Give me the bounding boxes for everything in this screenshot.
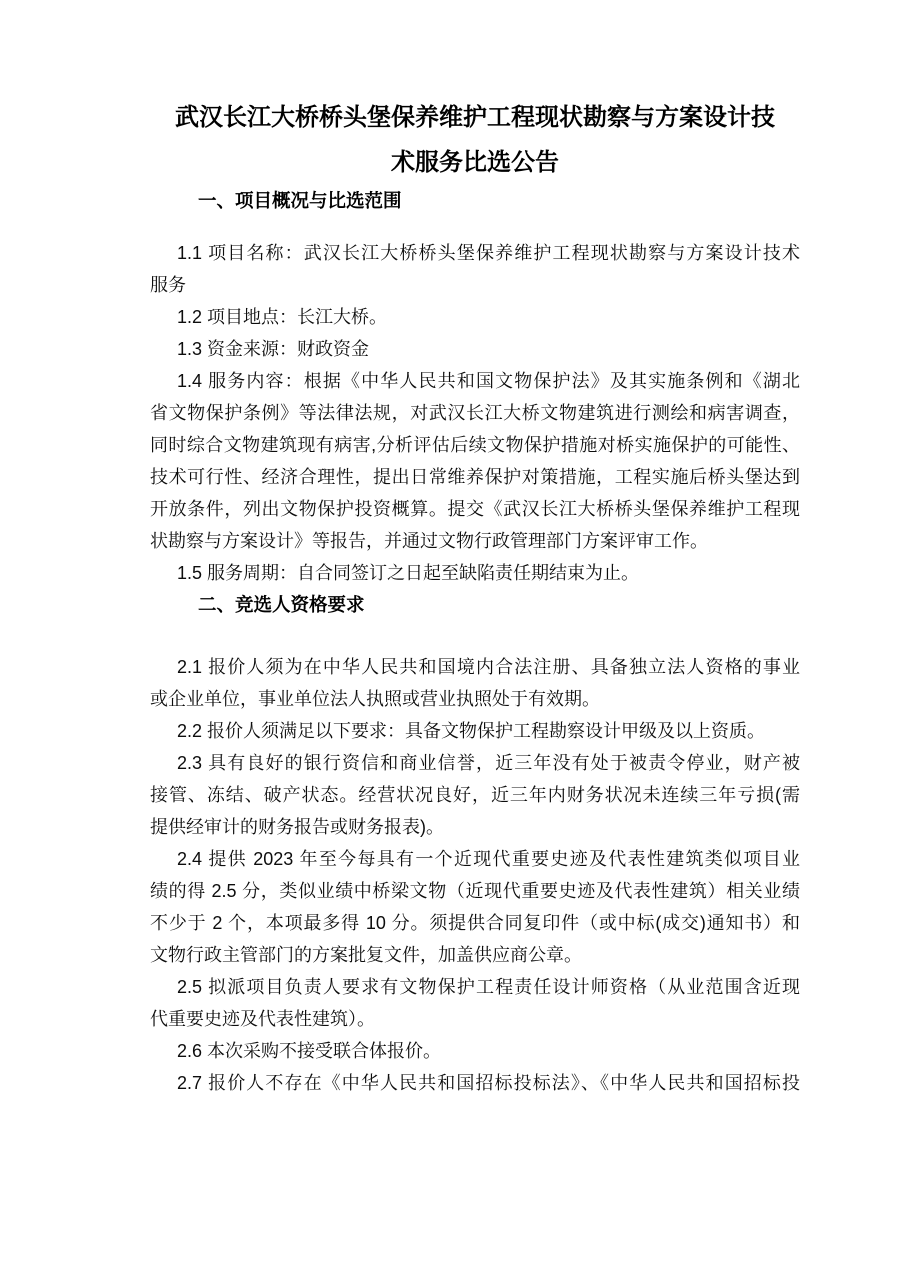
- paragraph-line: 状勘察与方案设计》等报告，并通过文物行政管理部门方案评审工作。: [150, 525, 800, 557]
- para-2-7: 2.7 报价人不存在《中华人民共和国招标投标法》、《中华人民共和国招标投: [150, 1067, 800, 1099]
- paragraph-line: 1.4 服务内容：根据《中华人民共和国文物保护法》及其实施条例和《湖北: [150, 365, 800, 397]
- paragraph-line: 接管、冻结、破产状态。经营状况良好，近三年内财务状况未连续三年亏损(需: [150, 779, 800, 811]
- paragraph-line: 文物行政主管部门的方案批复文件，加盖供应商公章。: [150, 939, 800, 971]
- para-1-2: 1.2 项目地点：长江大桥。: [150, 301, 800, 333]
- paragraph-line: 同时综合文物建筑现有病害,分析评估后续文物保护措施对桥实施保护的可能性、: [150, 429, 800, 461]
- paragraph-line: 提供经审计的财务报告或财务报表)。: [150, 811, 800, 843]
- paragraph-line: 2.7 报价人不存在《中华人民共和国招标投标法》、《中华人民共和国招标投: [150, 1067, 800, 1099]
- paragraph-line: 不少于 2 个，本项最多得 10 分。须提供合同复印件（或中标(成交)通知书）和: [150, 907, 800, 939]
- paragraph-line: 绩的得 2.5 分，类似业绩中桥梁文物（近现代重要史迹及代表性建筑）相关业绩: [150, 875, 800, 907]
- para-1-1: 1.1 项目名称：武汉长江大桥桥头堡保养维护工程现状勘察与方案设计技术 服务: [150, 237, 800, 301]
- para-1-3: 1.3 资金来源：财政资金: [150, 333, 800, 365]
- para-2-2: 2.2 报价人须满足以下要求：具备文物保护工程勘察设计甲级及以上资质。: [150, 715, 800, 747]
- section-project-overview: 一、项目概况与比选范围 1.1 项目名称：武汉长江大桥桥头堡保养维护工程现状勘察…: [150, 185, 800, 589]
- paragraph-line: 技术可行性、经济合理性，提出日常维养保护对策措施，工程实施后桥头堡达到: [150, 461, 800, 493]
- paragraph-line: 或企业单位，事业单位法人执照或营业执照处于有效期。: [150, 683, 800, 715]
- paragraph-line: 2.2 报价人须满足以下要求：具备文物保护工程勘察设计甲级及以上资质。: [150, 715, 800, 747]
- document-title: 武汉长江大桥桥头堡保养维护工程现状勘察与方案设计技 术服务比选公告: [150, 95, 800, 185]
- para-1-4: 1.4 服务内容：根据《中华人民共和国文物保护法》及其实施条例和《湖北 省文物保…: [150, 365, 800, 557]
- section-bidder-qualifications: 二、竞选人资格要求 2.1 报价人须为在中华人民共和国境内合法注册、具备独立法人…: [150, 589, 800, 1099]
- title-line-1: 武汉长江大桥桥头堡保养维护工程现状勘察与方案设计技: [150, 95, 800, 140]
- para-2-4: 2.4 提供 2023 年至今每具有一个近现代重要史迹及代表性建筑类似项目业 绩…: [150, 843, 800, 971]
- paragraph-line: 开放条件，列出文物保护投资概算。提交《武汉长江大桥桥头堡保养维护工程现: [150, 493, 800, 525]
- para-2-3: 2.3 具有良好的银行资信和商业信誉，近三年没有处于被责令停业，财产被 接管、冻…: [150, 747, 800, 843]
- paragraph-line: 2.1 报价人须为在中华人民共和国境内合法注册、具备独立法人资格的事业: [150, 651, 800, 683]
- paragraph-line: 省文物保护条例》等法律法规，对武汉长江大桥文物建筑进行测绘和病害调查，: [150, 397, 800, 429]
- para-2-1: 2.1 报价人须为在中华人民共和国境内合法注册、具备独立法人资格的事业 或企业单…: [150, 651, 800, 715]
- para-2-6: 2.6 本次采购不接受联合体报价。: [150, 1035, 800, 1067]
- section-1-heading: 一、项目概况与比选范围: [150, 185, 800, 217]
- paragraph-line: 2.4 提供 2023 年至今每具有一个近现代重要史迹及代表性建筑类似项目业: [150, 843, 800, 875]
- paragraph-line: 代重要史迹及代表性建筑）。: [150, 1003, 800, 1035]
- paragraph-line: 2.6 本次采购不接受联合体报价。: [150, 1035, 800, 1067]
- paragraph-line: 1.5 服务周期：自合同签订之日起至缺陷责任期结束为止。: [150, 557, 800, 589]
- paragraph-line: 1.1 项目名称：武汉长江大桥桥头堡保养维护工程现状勘察与方案设计技术: [150, 237, 800, 269]
- para-2-5: 2.5 拟派项目负责人要求有文物保护工程责任设计师资格（从业范围含近现 代重要史…: [150, 971, 800, 1035]
- document-page: 武汉长江大桥桥头堡保养维护工程现状勘察与方案设计技 术服务比选公告 一、项目概况…: [0, 0, 900, 1274]
- paragraph-line: 2.5 拟派项目负责人要求有文物保护工程责任设计师资格（从业范围含近现: [150, 971, 800, 1003]
- paragraph-line: 2.3 具有良好的银行资信和商业信誉，近三年没有处于被责令停业，财产被: [150, 747, 800, 779]
- paragraph-line: 1.3 资金来源：财政资金: [150, 333, 800, 365]
- paragraph-line: 服务: [150, 269, 800, 301]
- paragraph-line: 1.2 项目地点：长江大桥。: [150, 301, 800, 333]
- section-2-heading: 二、竞选人资格要求: [150, 589, 800, 621]
- title-line-2: 术服务比选公告: [150, 140, 800, 185]
- para-1-5: 1.5 服务周期：自合同签订之日起至缺陷责任期结束为止。: [150, 557, 800, 589]
